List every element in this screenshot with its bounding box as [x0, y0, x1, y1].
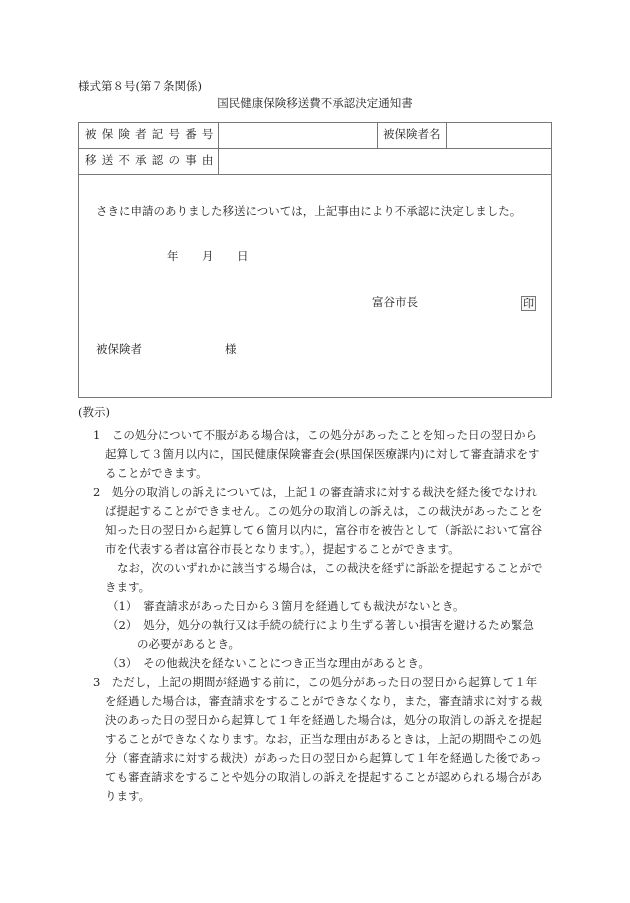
table-divider [377, 122, 378, 148]
notice-line: ります。 [105, 791, 150, 803]
date-month: 月 [202, 251, 214, 263]
insured-name-field[interactable] [452, 129, 546, 143]
notice-line: ば提起することができません。この処分の取消しの訴えは，この裁決があったことを [105, 506, 543, 518]
notice-line: 分（審査請求に対する裁決）があった日の翌日から起算して１年を経過した後であっ [105, 753, 542, 765]
date-day: 日 [237, 251, 249, 263]
notice-line: ても審査請求をすることや処分の取消しの訴えを提起することが認められる場合があ [105, 772, 542, 784]
notice-line: することができなくなります。なお，正当な理由があるときは，上記の期間やこの処 [105, 734, 541, 746]
notice-line: （2） 処分，処分の執行又は手続の続行により生ずる著しい損害を避けるため緊急 [107, 620, 534, 632]
notice-line: 2 処分の取消しの訴えについては，上記１の審査請求に対する裁決を経た後でなけれ [93, 487, 537, 499]
notice-line: を経過した場合は，審査請求をすることができなくなり，また，審査請求に対する裁 [105, 696, 542, 708]
notice-line: （1） 審査請求があった日から３箇月を経過しても裁決がないとき。 [107, 601, 465, 613]
table-divider [446, 122, 447, 148]
notice-heading: (教示) [78, 407, 110, 419]
recipient-suffix: 様 [225, 344, 237, 356]
document-title: 国民健康保険移送費不承認決定通知書 [0, 98, 630, 110]
seal-stamp-icon: 印 [521, 296, 536, 311]
date-year: 年 [167, 251, 179, 263]
notice-line: 3 ただし，上記の期間が経過する前に，この処分があった日の翌日から起算して１年 [93, 677, 537, 689]
form-number: 様式第８号(第７条関係) [78, 81, 202, 93]
notice-line: 市を代表する者は富谷市長となります。），提起することができます。 [105, 544, 460, 556]
notice-line: （3） その他裁決を経ないことにつき正当な理由があるとき。 [107, 658, 430, 670]
rejection-reason-label: 移送不承認の事由 [85, 155, 219, 167]
notice-line: 1 この処分について不服がある場合は，この処分があったことを知った日の翌日から [93, 430, 537, 442]
rejection-reason-field[interactable] [224, 155, 546, 169]
notice-line: 決のあった日の翌日から起算して１年を経過した場合は，処分の取消しの訴えを提起 [105, 715, 542, 727]
recipient-label: 被保険者 [96, 344, 142, 356]
insured-name-label: 被保険者名 [383, 129, 441, 141]
insured-number-label: 被保険者記号番号 [85, 129, 219, 141]
notice-line: なお，次のいずれかに該当する場合は，この裁決を経ずに訴訟を提起することがで [117, 563, 543, 575]
notice-line: の必要があるとき。 [137, 639, 240, 651]
notice-line: きます。 [105, 582, 150, 594]
notice-line: 知った日の翌日から起算して６箇月以内に，富谷市を被告として（訴訟において富谷 [105, 525, 542, 537]
table-divider [78, 174, 552, 175]
notice-line: ることができます。 [105, 468, 208, 480]
notice-line: 起算して３箇月以内に，国民健康保険審査会(県国保医療課内)に対して審査請求をす [105, 449, 539, 461]
insured-number-field[interactable] [224, 129, 372, 143]
decision-statement: さきに申請のありました移送については，上記事由により不承認に決定しました。 [96, 206, 521, 218]
table-divider [78, 148, 552, 149]
issuer-name: 富谷市長 [372, 297, 418, 309]
